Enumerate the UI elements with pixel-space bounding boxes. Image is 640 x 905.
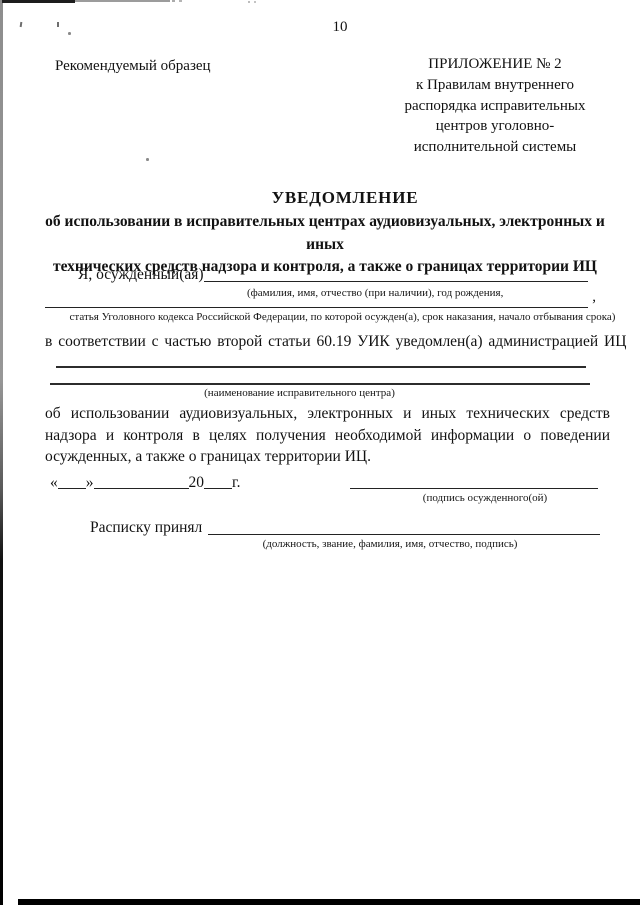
signature-caption: (подпись осужденного(ой) [360,492,610,504]
receipt-label: Расписку принял [90,517,202,537]
appendix-line: исполнительной системы [392,137,598,158]
appendix-line: центров уголовно- [392,116,598,137]
signature-blank [350,473,598,489]
page-number: 10 [20,19,640,36]
convict-name-row: Я, осужденный(ая) [78,264,588,284]
top-edge-scan-dot [248,1,250,3]
receipt-row: Расписку принял [90,517,600,537]
notification-title: УВЕДОМЛЕНИЕ [50,188,640,208]
center-name-blank-1 [56,366,586,368]
center-name-caption: (наименование исправительного центра) [42,387,557,399]
subtitle-line: об использовании в исправительных центра… [25,211,625,256]
appendix-line: ПРИЛОЖЕНИЕ № 2 [392,54,598,75]
date-close-quote: » [86,472,94,491]
notified-sentence: в соответствии с частью второй статьи 60… [45,331,612,353]
top-edge-scan-line-dark [2,0,75,3]
convict-name-blank [204,264,588,282]
top-edge-scan-dot [172,0,175,2]
receipt-caption: (должность, звание, фамилия, имя, отчест… [210,538,570,550]
appendix-line: распорядка исправительных [392,96,598,117]
date-month-blank [94,472,189,489]
convict-prefix-label: Я, осужденный(ая) [78,264,204,284]
body-paragraph: об использовании аудиовизуальных, электр… [45,403,610,468]
date-open-quote: « [50,472,58,491]
date-century-label: 20 [189,472,205,491]
article-blank [45,294,588,308]
receipt-blank [208,517,600,535]
bottom-edge-scan-bar [18,899,640,905]
date-row: « » 20 г. [50,472,240,491]
left-edge-scan-line [0,0,3,905]
top-edge-scan-dot [179,0,182,2]
article-trailing-comma: , [592,289,596,306]
date-year-suffix-label: г. [232,472,240,491]
recommended-sample-label: Рекомендуемый образец [55,58,211,75]
appendix-block: ПРИЛОЖЕНИЕ № 2 к Правилам внутреннего ра… [392,54,598,158]
scan-speck [146,158,149,161]
center-name-blank-2 [50,383,590,385]
date-year-blank [204,472,232,489]
scanned-document-page: 10 Рекомендуемый образец ПРИЛОЖЕНИЕ № 2 … [0,0,640,905]
top-edge-scan-line-gray [75,0,170,2]
appendix-line: к Правилам внутреннего [392,75,598,96]
top-edge-scan-dot [254,1,256,3]
article-caption: статья Уголовного кодекса Российской Фед… [60,311,625,323]
date-day-blank [58,472,86,489]
